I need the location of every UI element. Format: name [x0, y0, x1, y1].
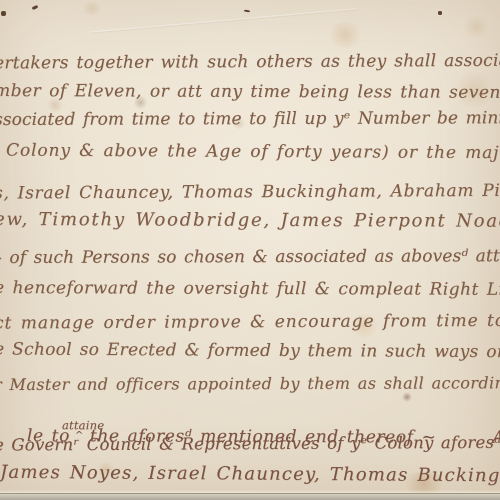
manuscript-line: ct manage order improve & encourage from…	[0, 310, 500, 337]
manuscript-line: - of such Persons so chosen & associated…	[0, 246, 500, 272]
manuscript-line: ertakers together with such others as th…	[0, 51, 500, 78]
manuscript-line: e Governʳ Council & Representatives of y…	[0, 433, 500, 460]
paper-bottom-edge	[0, 493, 500, 500]
foxing-stain	[326, 22, 364, 48]
ink-speck	[32, 5, 39, 10]
manuscript-line: James Noyes, Israel Chauncey, Thomas Buc…	[0, 462, 500, 490]
ink-speck	[1, 11, 6, 16]
ink-speck	[438, 11, 442, 15]
manuscript-line: ssociated from time to time to fill up y…	[0, 108, 500, 134]
manuscript-line: mber of Eleven, or att any time being le…	[0, 81, 500, 107]
paper-crease	[88, 8, 357, 34]
manuscript-line: Colony & above the Age of forty years) o…	[6, 141, 500, 168]
ink-speck	[244, 10, 250, 13]
manuscript-line: e School so Erected & formed by them in …	[0, 339, 500, 366]
foxing-stain	[462, 16, 490, 38]
manuscript-line: ew, Timothy Woodbridge, James Pierpont N…	[0, 209, 500, 235]
manuscript-line: e henceforward the oversight full & comp…	[0, 278, 500, 304]
manuscript-line-with-insertion: le to attaine^the aforesᵈ mentioned end …	[0, 404, 500, 430]
manuscript-line: r Master and officers appointed by them …	[0, 373, 500, 399]
foxing-stain	[80, 2, 104, 15]
manuscript-line: s, Israel Chauncey, Thomas Buckingham, A…	[0, 180, 500, 207]
manuscript-page: ertakers together with such others as th…	[0, 0, 500, 500]
